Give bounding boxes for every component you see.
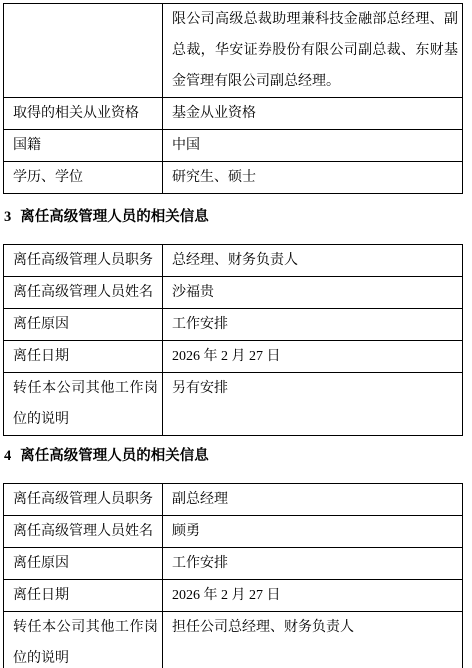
row-value: 工作安排 [163,309,463,341]
row-label: 取得的相关从业资格 [4,98,163,130]
table-row: 离任原因 工作安排 [4,548,463,580]
row-value: 担任公司总经理、财务负责人 [163,612,463,668]
row-value: 基金从业资格 [163,98,463,130]
table-row: 离任高级管理人员姓名 沙福贵 [4,277,463,309]
empty-label-cell [4,4,163,98]
row-value: 沙福贵 [163,277,463,309]
row-label: 离任原因 [4,309,163,341]
row-label: 转任本公司其他工作岗位的说明 [4,373,163,436]
table-row: 离任日期 2026 年 2 月 27 日 [4,580,463,612]
table-row: 离任日期 2026 年 2 月 27 日 [4,341,463,373]
table-row: 离任原因 工作安排 [4,309,463,341]
row-value: 研究生、硕士 [163,162,463,194]
table-row: 限公司高级总裁助理兼科技金融部总经理、副总裁，华安证券股份有限公司副总裁、东财基… [4,4,463,98]
row-value: 2026 年 2 月 27 日 [163,580,463,612]
resume-continuation-text: 限公司高级总裁助理兼科技金融部总经理、副总裁，华安证券股份有限公司副总裁、东财基… [163,4,463,98]
row-label: 国籍 [4,130,163,162]
profile-table: 限公司高级总裁助理兼科技金融部总经理、副总裁，华安证券股份有限公司副总裁、东财基… [3,3,463,194]
row-label: 离任高级管理人员职务 [4,245,163,277]
section-3-heading: 3离任高级管理人员的相关信息 [4,208,209,226]
section-title: 离任高级管理人员的相关信息 [20,209,209,225]
row-value: 另有安排 [163,373,463,436]
row-value: 2026 年 2 月 27 日 [163,341,463,373]
row-value: 顾勇 [163,516,463,548]
section-title: 离任高级管理人员的相关信息 [20,448,209,464]
table-row: 取得的相关从业资格 基金从业资格 [4,98,463,130]
table-row: 离任高级管理人员职务 副总经理 [4,484,463,516]
row-label: 转任本公司其他工作岗位的说明 [4,612,163,668]
document-page: 限公司高级总裁助理兼科技金融部总经理、副总裁，华安证券股份有限公司副总裁、东财基… [0,0,472,668]
row-label: 离任高级管理人员姓名 [4,516,163,548]
row-label: 离任高级管理人员姓名 [4,277,163,309]
row-value: 总经理、财务负责人 [163,245,463,277]
table-row: 转任本公司其他工作岗位的说明 另有安排 [4,373,463,436]
table-row: 学历、学位 研究生、硕士 [4,162,463,194]
departure-table-section3: 离任高级管理人员职务 总经理、财务负责人 离任高级管理人员姓名 沙福贵 离任原因… [3,244,463,436]
row-label: 离任日期 [4,341,163,373]
section-number: 3 [4,209,11,225]
table-row: 转任本公司其他工作岗位的说明 担任公司总经理、财务负责人 [4,612,463,668]
row-label: 学历、学位 [4,162,163,194]
table-row: 离任高级管理人员姓名 顾勇 [4,516,463,548]
row-label: 离任原因 [4,548,163,580]
row-label: 离任高级管理人员职务 [4,484,163,516]
row-value: 工作安排 [163,548,463,580]
section-number: 4 [4,448,11,464]
row-label: 离任日期 [4,580,163,612]
section-4-heading: 4离任高级管理人员的相关信息 [4,447,209,465]
row-value: 中国 [163,130,463,162]
table-row: 国籍 中国 [4,130,463,162]
departure-table-section4: 离任高级管理人员职务 副总经理 离任高级管理人员姓名 顾勇 离任原因 工作安排 … [3,483,463,668]
row-value: 副总经理 [163,484,463,516]
table-row: 离任高级管理人员职务 总经理、财务负责人 [4,245,463,277]
